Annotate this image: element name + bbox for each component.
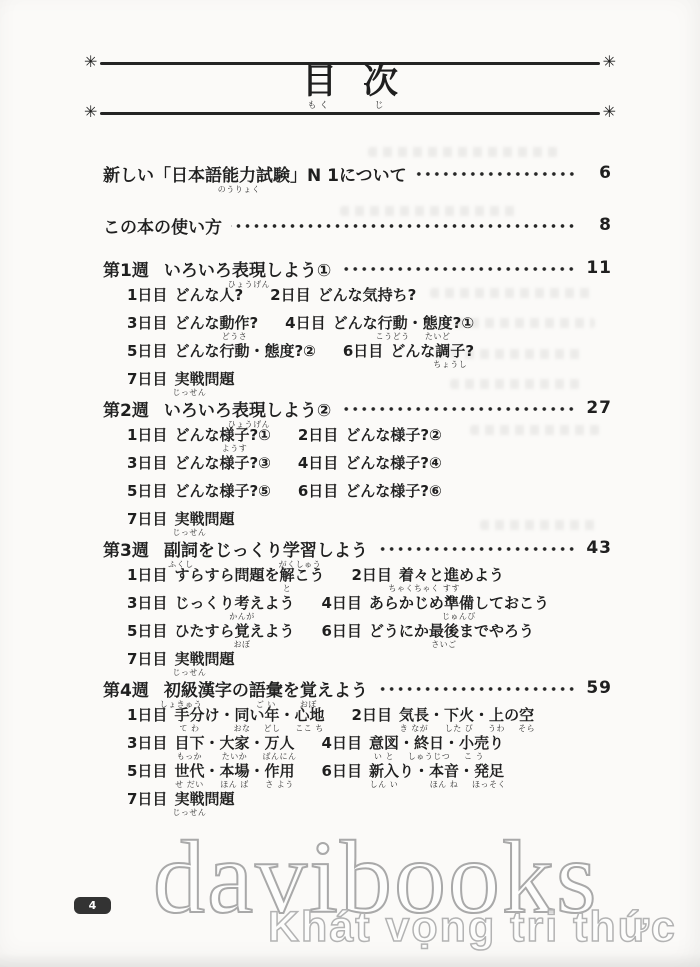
text-run: と — [429, 564, 444, 585]
base-text: 漢字の — [198, 681, 249, 701]
decorative-rule-bottom: ✳ ✳ — [84, 105, 616, 121]
text-run: 世代せ だい — [174, 760, 204, 781]
base-text: 目下 — [174, 734, 204, 752]
day-label: 5日目 — [127, 342, 167, 360]
day-label: 4日目 — [321, 594, 361, 612]
page-number-badge: 4 — [74, 897, 111, 914]
day-entry: 3日目どんな動作どうさ? — [127, 312, 258, 333]
furigana: おぼ — [233, 641, 250, 649]
text-run: どんな — [174, 424, 219, 445]
text-run: ・ — [249, 760, 264, 781]
text-run: どんな人? — [174, 284, 243, 305]
base-text: どうにか — [369, 622, 429, 640]
base-text: どんな人? — [174, 286, 243, 304]
base-text: しよう — [317, 541, 368, 561]
base-text: い — [249, 706, 264, 724]
text-run: 準備じゅんび — [444, 592, 474, 613]
toc-day-line: 5日目どんな様子?⑤6日目どんな様子?⑥ — [103, 480, 612, 508]
text-run: り — [489, 732, 504, 753]
base-text: 実戦 — [174, 650, 204, 668]
day-entry: 6日目どんな様子?⑥ — [298, 480, 442, 501]
day-label: 3日目 — [127, 734, 167, 752]
text-run: しよう② — [266, 396, 331, 421]
base-text: この本の使い方 — [103, 218, 222, 238]
text-run: 様子ようす — [219, 424, 249, 445]
text-run: 表現ひょうげん — [232, 256, 266, 281]
toc-week: 第2週いろいろ表現ひょうげんしよう②271日目どんな様子ようす?①2日目どんな様… — [103, 396, 612, 536]
text-run: 年どし — [265, 704, 280, 725]
day-entry: 4日目意図い と・終日しゅうじつ・小売こ うり — [322, 732, 505, 753]
text-run: 目下もっか — [174, 732, 204, 753]
text-run: 手分て わ — [174, 704, 204, 725]
base-text: 動作 — [219, 314, 249, 332]
base-text: 終日 — [414, 734, 444, 752]
day-entry: 5日目世代せ だい・本場ほん ば・作用さ よう — [127, 760, 295, 781]
day-label: 1日目 — [127, 566, 167, 584]
day-label: 7日目 — [127, 510, 167, 528]
dot-leader — [231, 223, 576, 229]
text-run: 発足ほっそく — [474, 760, 504, 781]
day-entry: 5日目ひたすら覚おぼえよう — [127, 620, 294, 641]
day-label: 1日目 — [127, 706, 167, 724]
toc-day-line: 7日目実戦じっせん問題 — [103, 648, 612, 676]
day-label: 6日目 — [322, 762, 362, 780]
base-text: 大家 — [219, 734, 249, 752]
day-entry: 7日目実戦じっせん問題 — [127, 648, 234, 669]
furigana: さ よう — [265, 781, 294, 789]
day-entry: 3日目どんな様子?③ — [127, 452, 271, 473]
dot-leader — [416, 171, 576, 177]
text-run: 次じ — [363, 64, 398, 101]
day-entry: 1日目どんな様子ようす?① — [127, 424, 271, 445]
toc-day-line: 1日目どんな様子ようす?①2日目どんな様子?② — [103, 424, 612, 452]
scanned-toc-page: ✳ ✳ 目もく次じ ✳ ✳ 新しい「日本語能力のうりょく試験」N 1について6こ… — [0, 0, 700, 967]
day-label: 7日目 — [127, 790, 167, 808]
base-text: どんな様子?② — [345, 426, 441, 444]
base-text: 問題 — [204, 650, 234, 668]
asterisk-ornament-icon: ✳ — [603, 104, 616, 120]
text-run: 新しい「日本語 — [103, 161, 222, 186]
base-text: 心地 — [295, 706, 325, 724]
toc-week-heading: 第1週いろいろ表現ひょうげんしよう①11 — [103, 256, 612, 280]
day-entry: 7日目実戦じっせん問題 — [127, 368, 234, 389]
week-label: 第3週 — [103, 536, 149, 561]
base-text: どんな — [174, 314, 219, 332]
base-text: しよう② — [266, 401, 331, 421]
furigana: しん い — [370, 781, 399, 789]
text-run: 実戦じっせん — [174, 508, 204, 529]
text-run: 考かんが — [234, 592, 249, 613]
base-text: 万人 — [265, 734, 295, 752]
text-run: 上うわ — [489, 704, 504, 725]
base-text: 本場 — [219, 762, 249, 780]
text-run: の — [504, 704, 519, 725]
base-text: ? — [465, 342, 474, 360]
text-run: こう — [294, 564, 324, 585]
text-run: しておこう — [474, 592, 549, 613]
text-run: あらかじめ — [369, 592, 444, 613]
furigana: ここ ち — [295, 725, 324, 733]
text-run: 解と — [279, 564, 294, 585]
week-label: 第1週 — [103, 256, 149, 281]
base-text: 作用 — [265, 762, 295, 780]
furigana: じっせん — [172, 809, 206, 817]
text-run: 万人ばんにん — [265, 732, 295, 753]
watermark-brand: davibooks — [153, 826, 599, 930]
toc-day-line: 3日目じっくり考かんがえよう4日目あらかじめ準備じゅんびしておこう — [103, 592, 612, 620]
base-text: ・ — [459, 762, 474, 780]
day-entry: 2日目どんな様子?② — [298, 424, 442, 445]
base-text: 考 — [234, 594, 249, 612]
page-title: 目もく次じ — [84, 64, 616, 101]
base-text: 様子 — [219, 426, 249, 444]
day-entry: 4日目あらかじめ準備じゅんびしておこう — [321, 592, 548, 613]
day-label: 5日目 — [127, 482, 167, 500]
text-run: ? — [465, 342, 474, 360]
toc-item-title: 新しい「日本語能力のうりょく試験」N 1について — [103, 161, 407, 186]
text-run: ・ — [204, 732, 219, 753]
furigana: ほん ね — [430, 781, 459, 789]
base-text: いろいろ — [164, 401, 232, 421]
text-run: 新入しん い — [369, 760, 399, 781]
text-run: 漢字の — [198, 676, 249, 701]
day-label: 6日目 — [343, 342, 383, 360]
base-text: ・ — [280, 706, 295, 724]
toc-item: この本の使い方8 — [103, 213, 612, 237]
base-text: ・ — [204, 762, 219, 780]
rule-line — [100, 112, 599, 115]
day-entry: 6日目どんな調子ちょうし? — [343, 340, 474, 361]
text-run: この本の使い方 — [103, 213, 222, 238]
day-entry: 4日目どんな様子?④ — [298, 452, 442, 473]
day-label: 4日目 — [298, 454, 338, 472]
toc-week-heading: 第2週いろいろ表現ひょうげんしよう②27 — [103, 396, 612, 420]
base-text: どんな — [390, 342, 435, 360]
text-run: までやろう — [459, 620, 534, 641]
text-run: 能力のうりょく — [222, 161, 256, 186]
base-text: 実戦 — [174, 510, 204, 528]
base-text: しておこう — [474, 594, 549, 612]
toc-week: 第1週いろいろ表現ひょうげんしよう①111日目どんな人?2日目どんな気持ち?3日… — [103, 256, 612, 396]
toc-day-line: 7日目実戦じっせん問題 — [103, 368, 612, 396]
text-run: どんな — [390, 340, 435, 361]
asterisk-ornament-icon: ✳ — [84, 104, 97, 120]
text-run: 調子ちょうし — [435, 340, 465, 361]
furigana: のうりょく — [218, 186, 261, 194]
text-run: どんな様子?⑥ — [345, 480, 441, 501]
text-run: 行動こうどう — [378, 312, 408, 333]
day-label: 3日目 — [127, 314, 167, 332]
base-text: ・ — [399, 734, 414, 752]
base-text: えよう — [249, 594, 294, 612]
text-run: 心地ここ ち — [295, 704, 325, 725]
base-text: 試験」N 1について — [256, 166, 407, 186]
toc-day-line: 1日目手分て わけ・同おない年どし・心地ここ ち2日目気長き なが・下火した び… — [103, 704, 612, 732]
toc-week: 第3週副詞ふくしをじっくり学習がくしゅうしよう431日目すらすら問題を解とこう2… — [103, 536, 612, 676]
text-run: 実戦じっせん — [174, 648, 204, 669]
day-label: 1日目 — [127, 286, 167, 304]
base-text: ひたすら — [174, 622, 234, 640]
base-text: 解 — [279, 566, 294, 584]
toc-day-line: 3日目どんな様子?③4日目どんな様子?④ — [103, 452, 612, 480]
text-run: 問題 — [204, 508, 234, 529]
toc-day-line: 7日目実戦じっせん問題 — [103, 788, 612, 816]
base-text: 準備 — [444, 594, 474, 612]
base-text: ・ — [429, 706, 444, 724]
text-run: 問題 — [204, 788, 234, 809]
day-label: 7日目 — [127, 370, 167, 388]
base-text: 新しい「日本語 — [103, 166, 222, 186]
text-run: どんな様子?⑤ — [174, 480, 270, 501]
text-run: どんな気持ち? — [318, 284, 417, 305]
base-text: 初級 — [164, 681, 198, 701]
base-text: えよう — [317, 681, 368, 701]
text-run: 小売こ う — [459, 732, 489, 753]
week-title: 初級しょきゅう漢字の語彙ご いを覚おぼえよう — [164, 676, 368, 701]
base-text: 行動 — [378, 314, 408, 332]
base-text: ・ — [249, 734, 264, 752]
toc-item-title: この本の使い方 — [103, 213, 222, 238]
toc-day-line: 5日目どんな行動・態度?②6日目どんな調子ちょうし? — [103, 340, 612, 368]
day-label: 2日目 — [270, 286, 310, 304]
day-entry: 5日目どんな行動・態度?② — [127, 340, 316, 361]
day-entry: 3日目じっくり考かんがえよう — [127, 592, 294, 613]
base-text: と — [429, 566, 444, 584]
base-text: 表現 — [232, 261, 266, 281]
text-run: 実戦じっせん — [174, 368, 204, 389]
base-text: ・ — [408, 314, 423, 332]
text-run: 覚おぼ — [300, 676, 317, 701]
toc-page-number: 6 — [582, 163, 612, 183]
text-run: どうにか — [369, 620, 429, 641]
base-text: どんな行動・態度?② — [174, 342, 315, 360]
text-run: めよう — [459, 564, 504, 585]
base-text: 問題 — [204, 370, 234, 388]
text-run: ? — [249, 314, 258, 332]
base-text: 小売 — [459, 734, 489, 752]
day-entry: 6日目新入しん いり・本音ほん ね・発足ほっそく — [322, 760, 505, 781]
day-entry: 1日目どんな人? — [127, 284, 243, 305]
text-run: ・ — [429, 704, 444, 725]
base-text: 実戦 — [174, 790, 204, 808]
base-text: 副詞 — [164, 541, 198, 561]
toc-day-line: 3日目どんな動作どうさ?4日目どんな行動こうどう・態度たいど?① — [103, 312, 612, 340]
base-text: 能力 — [222, 166, 256, 186]
base-text: 覚 — [300, 681, 317, 701]
base-text: ・ — [444, 734, 459, 752]
base-text: じっくり — [174, 594, 234, 612]
text-run: 試験」N 1について — [256, 161, 407, 186]
base-text: いろいろ — [164, 261, 232, 281]
base-text: 意図 — [369, 734, 399, 752]
base-text: どんな — [333, 314, 378, 332]
toc-page-number: 8 — [582, 215, 612, 235]
text-run: ・ — [408, 312, 423, 333]
text-run: どんな — [174, 312, 219, 333]
text-run: すらすら問題を — [174, 564, 279, 585]
furigana: さいご — [431, 641, 457, 649]
base-text: 覚 — [234, 622, 249, 640]
text-run: 目もく — [302, 64, 337, 101]
text-run: ・ — [204, 760, 219, 781]
text-run: いろいろ — [164, 256, 232, 281]
base-text: どんな — [174, 426, 219, 444]
base-text: 年 — [265, 706, 280, 724]
text-run: 本音ほん ね — [429, 760, 459, 781]
base-text: どんな様子?⑥ — [345, 482, 441, 500]
text-run: 本場ほん ば — [219, 760, 249, 781]
toc-week-heading: 第3週副詞ふくしをじっくり学習がくしゅうしよう43 — [103, 536, 612, 560]
page-number: 4 — [89, 899, 97, 912]
text-run: どんな様子?④ — [345, 452, 441, 473]
text-run: ・ — [249, 732, 264, 753]
day-entry: 7日目実戦じっせん問題 — [127, 788, 234, 809]
text-run: どんな様子?② — [345, 424, 441, 445]
base-text: ?① — [249, 426, 270, 444]
text-run: えよう — [249, 592, 294, 613]
text-run: 終日しゅうじつ — [414, 732, 444, 753]
day-entry: 2日目どんな気持ち? — [270, 284, 416, 305]
base-text: 下火 — [444, 706, 474, 724]
base-text: 目 — [302, 62, 337, 102]
day-entry: 7日目実戦じっせん問題 — [127, 508, 234, 529]
text-run: 大家たいか — [219, 732, 249, 753]
base-text: あらかじめ — [369, 594, 444, 612]
text-run: しよう① — [266, 256, 331, 281]
dot-leader — [340, 406, 576, 412]
base-text: ? — [249, 314, 258, 332]
day-label: 2日目 — [352, 706, 392, 724]
day-label: 2日目 — [298, 426, 338, 444]
base-text: 世代 — [174, 762, 204, 780]
text-run: け・ — [204, 704, 234, 725]
day-entry: 6日目どうにか最後さいごまでやろう — [321, 620, 533, 641]
base-text: 実戦 — [174, 370, 204, 388]
toc-day-line: 1日目すらすら問題を解とこう2日目着々ちゃくちゃくと進すすめよう — [103, 564, 612, 592]
text-run: しよう — [317, 536, 368, 561]
day-entry: 2日目気長き なが・下火した び・上うわの空そら — [352, 704, 535, 725]
base-text: 発足 — [474, 762, 504, 780]
day-label: 7日目 — [127, 650, 167, 668]
base-text: 上 — [489, 706, 504, 724]
day-label: 3日目 — [127, 454, 167, 472]
dot-leader — [340, 266, 576, 272]
base-text: 問題 — [204, 510, 234, 528]
toc-page-number: 11 — [582, 258, 612, 278]
text-run: ・ — [444, 732, 459, 753]
base-text: 気長 — [399, 706, 429, 724]
day-label: 5日目 — [127, 762, 167, 780]
text-run: 同おな — [234, 704, 249, 725]
base-text: け・ — [204, 706, 234, 724]
base-text: 着々 — [399, 566, 429, 584]
toc-page-number: 59 — [582, 678, 612, 698]
base-text: 問題 — [204, 790, 234, 808]
base-text: どんな様子?④ — [345, 454, 441, 472]
base-text: 学習 — [283, 541, 317, 561]
base-text: 調子 — [435, 342, 465, 360]
text-run: 実戦じっせん — [174, 788, 204, 809]
text-run: じっくり — [174, 592, 234, 613]
day-label: 6日目 — [321, 622, 361, 640]
text-run: 副詞ふくし — [164, 536, 198, 561]
day-entry: 4日目どんな行動こうどう・態度たいど?① — [285, 312, 474, 333]
base-text: 本音 — [429, 762, 459, 780]
base-text: をじっくり — [198, 541, 283, 561]
text-run: をじっくり — [198, 536, 283, 561]
day-entry: 5日目どんな様子?⑤ — [127, 480, 271, 501]
text-run: ?① — [453, 314, 474, 332]
base-text: めよう — [459, 566, 504, 584]
day-entry: 1日目手分て わけ・同おない年どし・心地ここ ち — [127, 704, 325, 725]
base-text: 空 — [519, 706, 534, 724]
text-run: ・ — [474, 704, 489, 725]
text-run: いろいろ — [164, 396, 232, 421]
base-text: り — [489, 734, 504, 752]
toc-day-line: 5日目ひたすら覚おぼえよう6日目どうにか最後さいごまでやろう — [103, 620, 612, 648]
text-run: 問題 — [204, 648, 234, 669]
text-run: ?① — [249, 426, 270, 444]
text-run: 態度たいど — [423, 312, 453, 333]
base-text: どんな様子?⑤ — [174, 482, 270, 500]
toc-list: 新しい「日本語能力のうりょく試験」N 1について6この本の使い方8第1週いろいろ… — [103, 161, 612, 816]
text-run: 覚おぼ — [234, 620, 249, 641]
furigana: ちょうし — [433, 361, 467, 369]
toc-day-line: 7日目実戦じっせん問題 — [103, 508, 612, 536]
text-run: どんな様子?③ — [174, 452, 270, 473]
base-text: こう — [294, 566, 324, 584]
toc-week-heading: 第4週初級しょきゅう漢字の語彙ご いを覚おぼえよう59 — [103, 676, 612, 700]
base-text: 次 — [363, 62, 398, 102]
base-text: しよう① — [266, 261, 331, 281]
base-text: 語彙 — [249, 681, 283, 701]
text-run: 初級しょきゅう — [164, 676, 198, 701]
base-text: ?① — [453, 314, 474, 332]
text-run: えよう — [317, 676, 368, 701]
base-text: の — [504, 706, 519, 724]
base-text: までやろう — [459, 622, 534, 640]
text-run: 学習がくしゅう — [283, 536, 317, 561]
day-label: 4日目 — [285, 314, 325, 332]
base-text: 最後 — [429, 622, 459, 640]
day-label: 1日目 — [127, 426, 167, 444]
toc-day-line: 5日目世代せ だい・本場ほん ば・作用さ よう6日目新入しん いり・本音ほん ね… — [103, 760, 612, 788]
toc-day-line: 3日目目下もっか・大家たいか・万人ばんにん4日目意図い と・終日しゅうじつ・小売… — [103, 732, 612, 760]
text-run: 作用さ よう — [265, 760, 295, 781]
day-label: 5日目 — [127, 622, 167, 640]
text-run: 表現ひょうげん — [232, 396, 266, 421]
text-run: 意図い と — [369, 732, 399, 753]
text-run: ・ — [399, 732, 414, 753]
base-text: 表現 — [232, 401, 266, 421]
day-entry: 3日目目下もっか・大家たいか・万人ばんにん — [127, 732, 295, 753]
text-run: 進すす — [444, 564, 459, 585]
text-run: 空そら — [519, 704, 534, 725]
base-text: ・ — [474, 706, 489, 724]
watermark-slogan: Khát vọng tri thức — [268, 906, 677, 949]
base-text: 進 — [444, 566, 459, 584]
text-run: どんな行動・態度?② — [174, 340, 315, 361]
text-run: ・ — [280, 704, 295, 725]
day-label: 3日目 — [127, 594, 167, 612]
day-label: 4日目 — [322, 734, 362, 752]
week-label: 第2週 — [103, 396, 149, 421]
base-text: 同 — [234, 706, 249, 724]
text-run: 気長き なが — [399, 704, 429, 725]
text-run: 着々ちゃくちゃく — [399, 564, 429, 585]
text-run: 下火した び — [444, 704, 474, 725]
base-text: どんな様子?③ — [174, 454, 270, 472]
